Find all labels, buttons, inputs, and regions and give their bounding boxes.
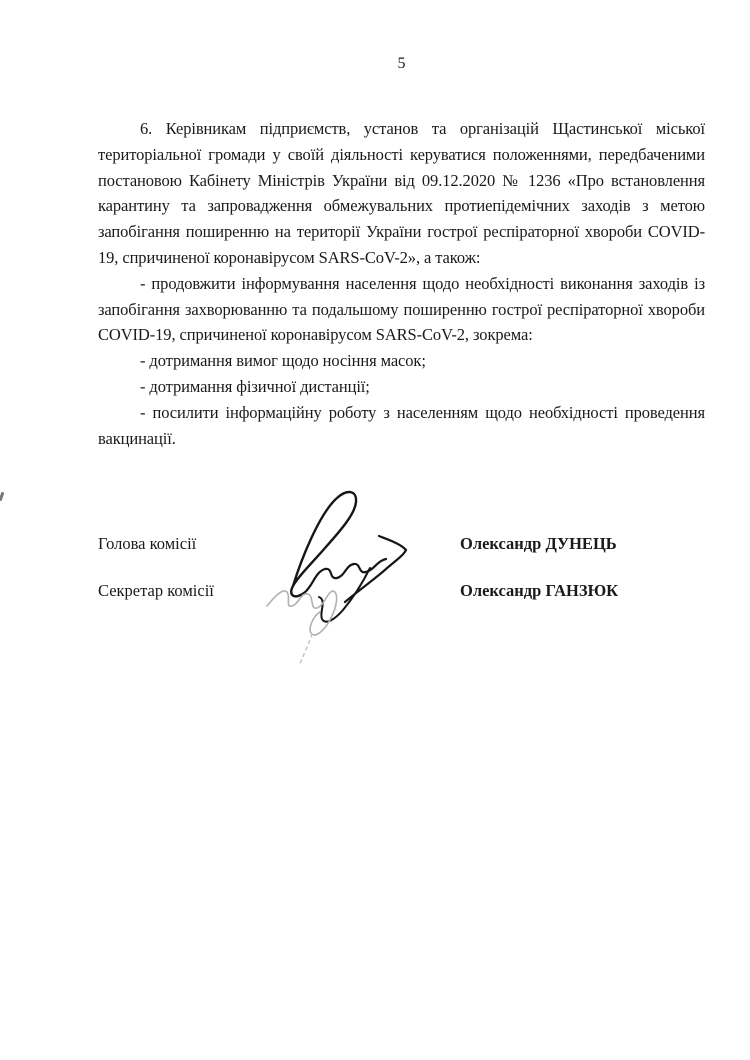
signature-title-head: Голова комісії bbox=[98, 534, 196, 554]
paragraph-dash-distance: - дотримання фізичної дистанції; bbox=[98, 374, 705, 400]
signatory-name-head: Олександр ДУНЕЦЬ bbox=[460, 534, 617, 554]
signatory-name-secretary: Олександр ГАНЗЮК bbox=[460, 581, 618, 601]
paragraph-dash-vaccination: - посилити інформаційну роботу з населен… bbox=[98, 400, 705, 452]
paragraph-dash-masks: - дотримання вимог щодо носіння масок; bbox=[98, 348, 705, 374]
page-number: 5 bbox=[98, 55, 705, 73]
handwritten-signature-icon bbox=[253, 476, 428, 671]
document-body: 6. Керівникам підприємств, установ та ор… bbox=[98, 116, 705, 451]
paragraph-dash-inform: - продовжити інформування населення щодо… bbox=[98, 271, 705, 348]
paragraph-main: 6. Керівникам підприємств, установ та ор… bbox=[98, 116, 705, 271]
signature-title-secretary: Секретар комісії bbox=[98, 581, 214, 601]
document-page: 5 6. Керівникам підприємств, установ та … bbox=[0, 0, 750, 1060]
scan-speck-artifact bbox=[0, 492, 4, 501]
